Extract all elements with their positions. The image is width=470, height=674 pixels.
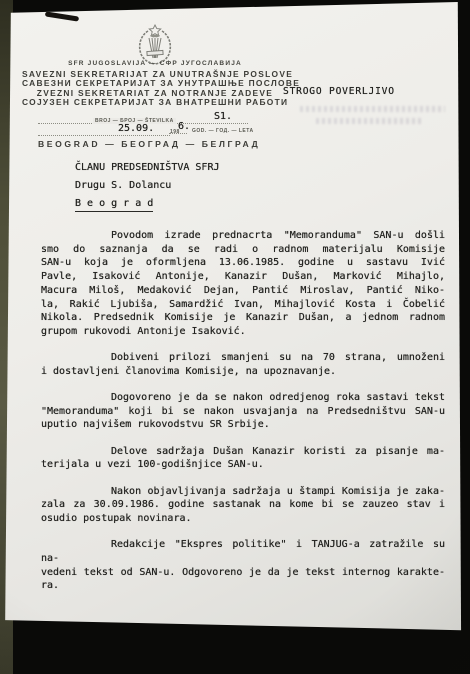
ref-city-line: BEOGRAD — БЕОГРАД — БЕЛГРАД	[38, 139, 253, 149]
body-line: zala za 30.09.1986. godine sastanak na k…	[41, 498, 445, 512]
letterhead-org-line: СОЈУЗЕН СЕКРЕТАРИЈАТ ЗА ВНАТРЕШНИ РАБОТИ	[22, 98, 288, 107]
body-line: Povodom izrade prednacrta "Memoranduma" …	[41, 229, 445, 243]
body-line: osudio postupak novinara.	[41, 512, 445, 526]
recipient-block: ČLANU PREDSEDNIŠTVA SFRJ Drugu S. Dolanc…	[75, 161, 220, 217]
letterhead-org-lines: SAVEZNI SEKRETARIJAT ZA UNUTRAŠNJE POSLO…	[22, 70, 288, 107]
recipient-city-text: B e o g r a d	[75, 197, 153, 212]
body-line: i dostavljeni članovima Komisije, na upo…	[41, 365, 445, 379]
body-line: Dogovoreno je da se nakon odredjenog rok…	[41, 391, 445, 405]
body-line: Dobiveni prilozi smanjeni su na 70 stran…	[41, 351, 445, 365]
pen-mark	[45, 11, 79, 21]
body-paragraph: Dobiveni prilozi smanjeni su na 70 stran…	[41, 351, 445, 378]
body-line: terijala u vezi 100-godišnjice SAN-u.	[41, 458, 445, 472]
ref-date-label: GOD. — ГОД. — LETA	[192, 128, 254, 134]
body-paragraph: Dogovoreno je da se nakon odredjenog rok…	[41, 391, 445, 432]
recipient-line-1: ČLANU PREDSEDNIŠTVA SFRJ	[75, 161, 220, 174]
recipient-city: B e o g r a d	[75, 197, 220, 212]
body-line: uputio najvišem rukovodstvu SR Srbije.	[41, 418, 445, 432]
body-paragraph: Nakon objavljivanja sadržaja u štampi Ko…	[41, 485, 445, 526]
body-line: smo do saznanja da se radi o radnom mate…	[41, 243, 445, 257]
ref-number-value: S1.	[214, 111, 232, 122]
faint-stamp	[300, 106, 450, 128]
faint-stamp-line	[300, 106, 445, 112]
body-line: "Memoranduma" koji bi se nakon usvajanja…	[41, 405, 445, 419]
body-line: grupom rukovodi Antonije Isaković.	[41, 325, 445, 339]
body-line: Macura Miloš, Medaković Dejan, Pantić Mi…	[41, 284, 445, 298]
faint-stamp-line	[316, 118, 424, 124]
body-line: ra.	[41, 579, 445, 593]
document-page: SFR JUGOSLAVIJA — СФР ЈУГОСЛАВИЈА SAVEZN…	[0, 0, 470, 674]
reference-block: BROJ — БРОЈ — ŠTEVILKA S1. 25.09. 198 6.…	[38, 110, 253, 155]
document-body: Povodom izrade prednacrta "Memoranduma" …	[41, 229, 445, 605]
body-paragraph: Redakcije "Ekspres politike" i TANJUG-a …	[41, 538, 445, 593]
recipient-line-2: Drugu S. Dolancu	[75, 179, 220, 192]
body-line: la, Rakić Ljubiša, Samardžić Ivan, Mihaj…	[41, 298, 445, 312]
body-line: vedeni tekst od SAN-u. Odgovoreno je da …	[41, 566, 445, 580]
letterhead-country: SFR JUGOSLAVIJA — СФР ЈУГОСЛАВИЈА	[30, 60, 280, 67]
body-paragraph: Delove sadržaja Dušan Kanazir koristi za…	[41, 445, 445, 472]
body-line: Nakon objavljivanja sadržaja u štampi Ko…	[41, 485, 445, 499]
body-line: Redakcije "Ekspres politike" i TANJUG-a …	[41, 538, 445, 565]
photo-backdrop: SFR JUGOSLAVIJA — СФР ЈУГОСЛАВИЈА SAVEZN…	[0, 0, 470, 674]
body-line: SAN-u koja je oformljena 13.06.1985. god…	[41, 256, 445, 270]
body-line: Pavle, Isaković Antonije, Kanazir Dušan,…	[41, 270, 445, 284]
body-line: Delove sadržaja Dušan Kanazir koristi za…	[41, 445, 445, 459]
body-paragraph: Povodom izrade prednacrta "Memoranduma" …	[41, 229, 445, 339]
classification-label: STROGO POVERLJIVO	[283, 86, 395, 97]
ref-date-value: 25.09.	[118, 123, 154, 134]
ref-year-value: 6.	[178, 121, 190, 132]
body-line: Nikola. Predsednik Komisije je Kanazir D…	[41, 311, 445, 325]
